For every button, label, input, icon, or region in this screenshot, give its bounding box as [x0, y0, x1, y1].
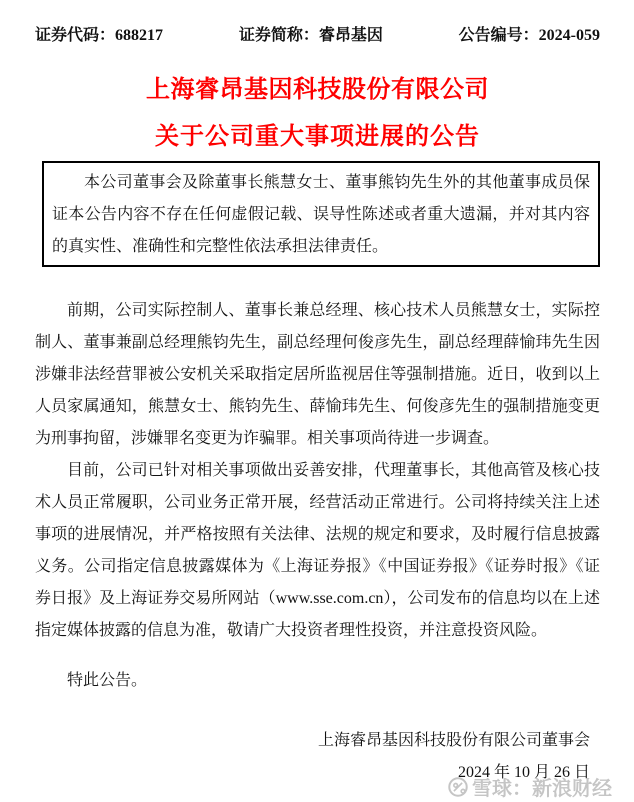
announcement-no-label: 公告编号：: [459, 27, 539, 44]
stock-code-item: 证券代码：688217: [35, 22, 163, 45]
stock-name-label: 证券简称：: [239, 27, 319, 44]
stock-code-value: 688217: [115, 27, 163, 44]
body-paragraph-1: 前期，公司实际控制人、董事长兼总经理、核心技术人员熊慧女士，实际控制人、董事兼副…: [35, 295, 600, 455]
announcement-no-value: 2024-059: [539, 27, 600, 44]
announcement-title: 关于公司重大事项进展的公告: [35, 122, 600, 152]
stock-name-value: 睿昂基因: [319, 27, 383, 44]
body-paragraph-2: 目前，公司已针对相关事项做出妥善安排，代理董事长，其他高管及核心技术人员正常履职…: [35, 455, 600, 647]
stock-code-label: 证券代码：: [35, 27, 115, 44]
closing-statement: 特此公告。: [35, 665, 600, 697]
announcement-no-item: 公告编号：2024-059: [459, 22, 600, 45]
company-title: 上海睿昂基因科技股份有限公司: [35, 75, 600, 105]
announcement-date: 2024 年 10 月 26 日: [35, 757, 590, 789]
stock-name-item: 证券简称：睿昂基因: [239, 22, 383, 45]
disclaimer-text: 本公司董事会及除董事长熊慧女士、董事熊钧先生外的其他董事成员保证本公告内容不存在…: [52, 167, 590, 263]
board-signature: 上海睿昂基因科技股份有限公司董事会: [35, 725, 590, 757]
announcement-document: 证券代码：688217 证券简称：睿昂基因 公告编号：2024-059 上海睿昂…: [0, 0, 634, 802]
disclaimer-box: 本公司董事会及除董事长熊慧女士、董事熊钧先生外的其他董事成员保证本公告内容不存在…: [42, 161, 600, 267]
document-header: 证券代码：688217 证券简称：睿昂基因 公告编号：2024-059: [35, 22, 600, 45]
